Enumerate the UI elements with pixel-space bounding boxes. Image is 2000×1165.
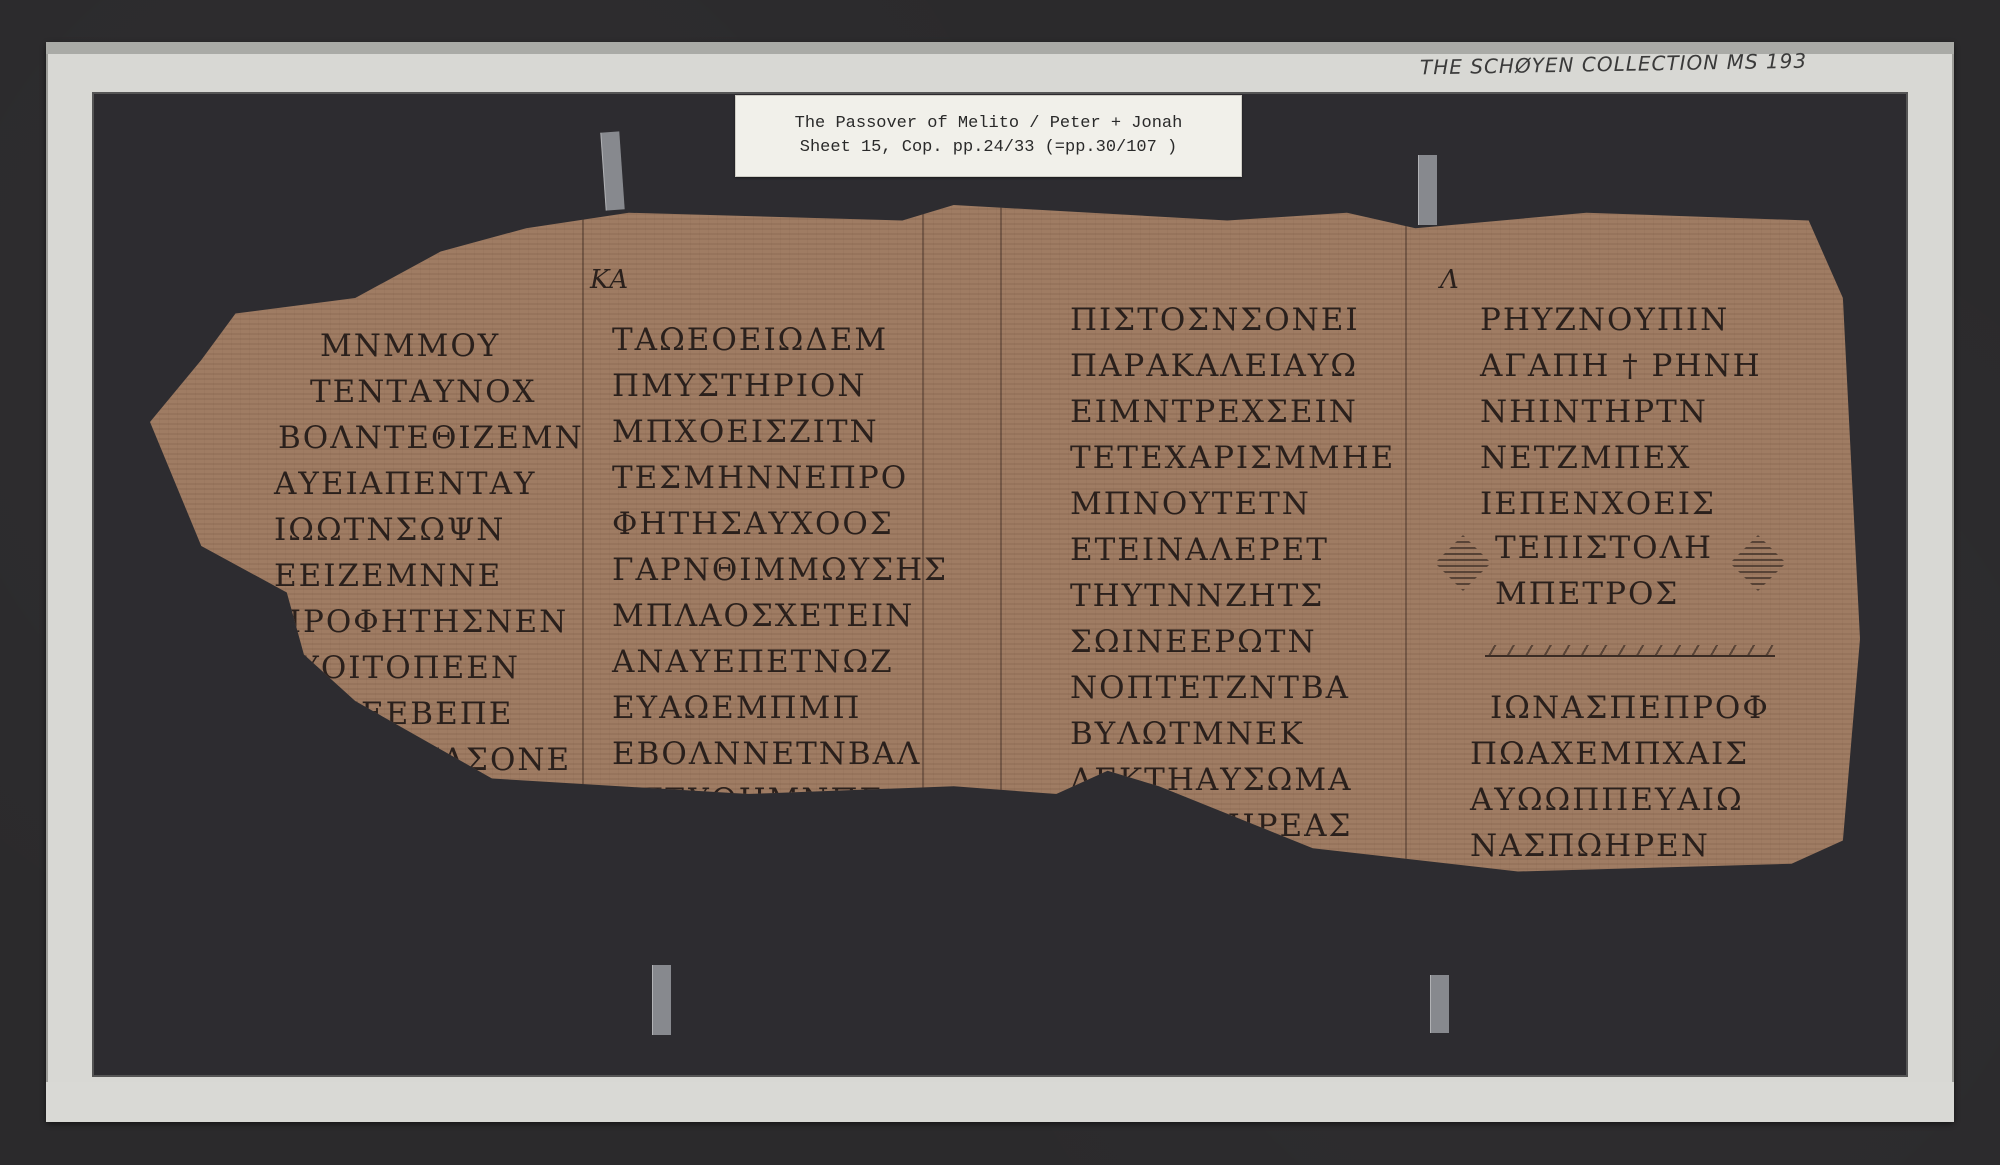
text-line: ΙΩΝΑΣΠΕΠΡΟΦ xyxy=(1470,685,1770,731)
title-line: ΜΠΕΤΡΟΣ xyxy=(1495,571,1713,617)
text-line: ΤΕΣΜΗΝΝΕΠΡΟ xyxy=(612,455,948,501)
text-line: ΙΕΠΕΝΧΟΕΙΣ xyxy=(1480,481,1762,527)
frame-bottom-strip xyxy=(46,1082,1954,1122)
text-line: ΒΥΛΩΤΜΝΕΚ xyxy=(1070,711,1395,757)
text-line: ΤΕΝΤΑΥΝΟΧ xyxy=(230,369,594,415)
text-line: ΜΠΧΟΕΙΣΖΙΤΝ xyxy=(612,409,948,455)
text-line: ΝΗΙΝΤΗΡΤΝ xyxy=(1480,389,1762,435)
tape-strip xyxy=(1430,975,1449,1033)
coronis-ornament-left xyxy=(1435,535,1491,591)
text-line: ΑΝΑΥΕΠΕΤΝΩΖ xyxy=(612,639,948,685)
epistle-title-block: ΤΕΠΙΣΤΟΛΗ ΜΠΕΤΡΟΣ xyxy=(1495,525,1713,617)
page-number-right: Λ xyxy=(1440,265,1459,295)
title-line: ΤΕΠΙΣΤΟΛΗ xyxy=(1495,525,1713,571)
text-line: ΠΜΥΣΤΗΡΙΟΝ xyxy=(612,363,948,409)
page-number-left: ΚΑ xyxy=(590,265,628,295)
text-line: ΤΕΤΕΧΑΡΙΣΜΜΗΕ xyxy=(1070,435,1395,481)
text-line: ΝΑΣΠΩΗΡΕΝ xyxy=(1470,823,1770,869)
text-line: ΕΒΟΛΝΝΕΤΝΒΑΛ xyxy=(612,731,948,777)
label-reference-line: Sheet 15, Cop. pp.24/33 (=pp.30/107 ) xyxy=(800,136,1177,160)
tape-strip xyxy=(1418,155,1437,225)
text-line: ΦΗΤΗΣΑΥΧΟΟΣ xyxy=(612,501,948,547)
text-line: ΠΩΑΧΕΜΠΧΑΙΣ xyxy=(1470,731,1770,777)
text-line: ΝΟΠΤΕΤΖΝΤΒΑ xyxy=(1070,665,1395,711)
right-page-column-2: ΡΗΥΖΝΟΥΠΙΝ ΑΓΑΠΗ † ΡΗΝΗ ΝΗΙΝΤΗΡΤΝ ΝΕΤΖΜΠ… xyxy=(1480,297,1762,527)
text-line: ΤΑΩΕΟΕΙΩΔΕΜ xyxy=(612,317,948,363)
text-line: ΕΤΕΙΝΑΛΕΡΕΤ xyxy=(1070,527,1395,573)
text-line: ΜΠΝΟΥΤΕΤΝ xyxy=(1070,481,1395,527)
decorative-divider xyxy=(1485,655,1775,667)
text-line: ΝΕΤΖΜΠΕΧ xyxy=(1480,435,1762,481)
text-line: ΜΝΜΜΟΥ xyxy=(230,323,594,369)
text-line: ΤΗΥΤΝΝΖΗΤΣ xyxy=(1070,573,1395,619)
text-line: ΑΥΩΩΠΠΕΥΑΙΩ xyxy=(1470,777,1770,823)
text-line: ΑΓΑΠΗ † ΡΗΝΗ xyxy=(1480,343,1762,389)
text-line: ΒΟΛΝΤΕΘΙΖΕΜΝ xyxy=(230,415,594,461)
text-line: ΡΗΥΖΝΟΥΠΙΝ xyxy=(1480,297,1762,343)
tape-strip xyxy=(652,965,671,1035)
text-line: ΠΙΣΤΟΣΝΣΟΝΕΙ xyxy=(1070,297,1395,343)
label-title-line: The Passover of Melito / Peter + Jonah xyxy=(795,112,1183,136)
text-line: ΓΑΡΝΘΙΜΜΩΥΣΗΣ xyxy=(612,547,948,593)
text-line: ΙΩΩΤΝΣΩΨΝ xyxy=(230,507,594,553)
text-line: ΕΙΜΝΤΡΕΧΣΕΙΝ xyxy=(1070,389,1395,435)
text-line: ΑΥΕΙΑΠΕΝΤΑΥ xyxy=(230,461,594,507)
text-line: ΣΩΙΝΕΕΡΩΤΝ xyxy=(1070,619,1395,665)
coronis-ornament-right xyxy=(1730,535,1786,591)
text-line: ΜΠΛΑΟΣΧΕΤΕΙΝ xyxy=(612,593,948,639)
catalog-label-card: The Passover of Melito / Peter + Jonah S… xyxy=(735,95,1242,177)
text-line: ΠΑΡΑΚΑΛΕΙΑΥΩ xyxy=(1070,343,1395,389)
text-line: ΕΥΑΩΕΜΠΜΠ xyxy=(612,685,948,731)
